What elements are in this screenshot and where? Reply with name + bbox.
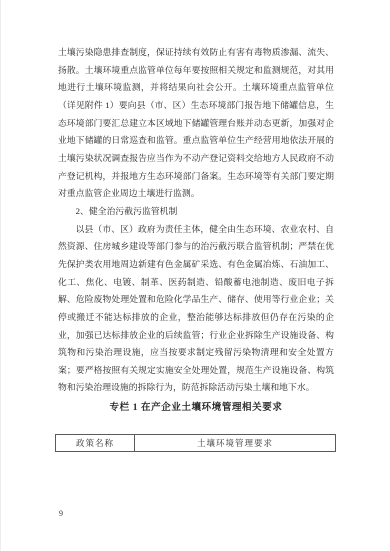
policy-table: 政策名称 土壤环境管理要求 bbox=[55, 434, 336, 452]
document-page: 土壤污染隐患排查制度，保证持续有效防止有害有毒物质渗漏、流失、扬散。土壤环境重点… bbox=[0, 0, 390, 551]
body-paragraph: 以县（市、区）政府为责任主体，健全由生态环境、农业农村、自然资源、住房城乡建设等… bbox=[58, 221, 334, 398]
box-heading: 专栏 1 在产企业土壤环境管理相关要求 bbox=[58, 402, 334, 414]
policy-name-header-cell: 政策名称 bbox=[56, 435, 135, 452]
text-block: 土壤污染隐患排查制度，保证持续有效防止有害有毒物质渗漏、流失、扬散。土壤环境重点… bbox=[58, 44, 334, 414]
soil-requirement-header-cell: 土壤环境管理要求 bbox=[135, 435, 336, 452]
policy-table-header-row: 政策名称 土壤环境管理要求 bbox=[56, 435, 336, 452]
page-number: 9 bbox=[59, 509, 63, 518]
body-paragraph-continuation: 土壤污染隐患排查制度，保证持续有效防止有害有毒物质渗漏、流失、扬散。土壤环境重点… bbox=[58, 44, 334, 203]
section-heading-2: 2、健全治污截污监管机制 bbox=[58, 203, 334, 221]
